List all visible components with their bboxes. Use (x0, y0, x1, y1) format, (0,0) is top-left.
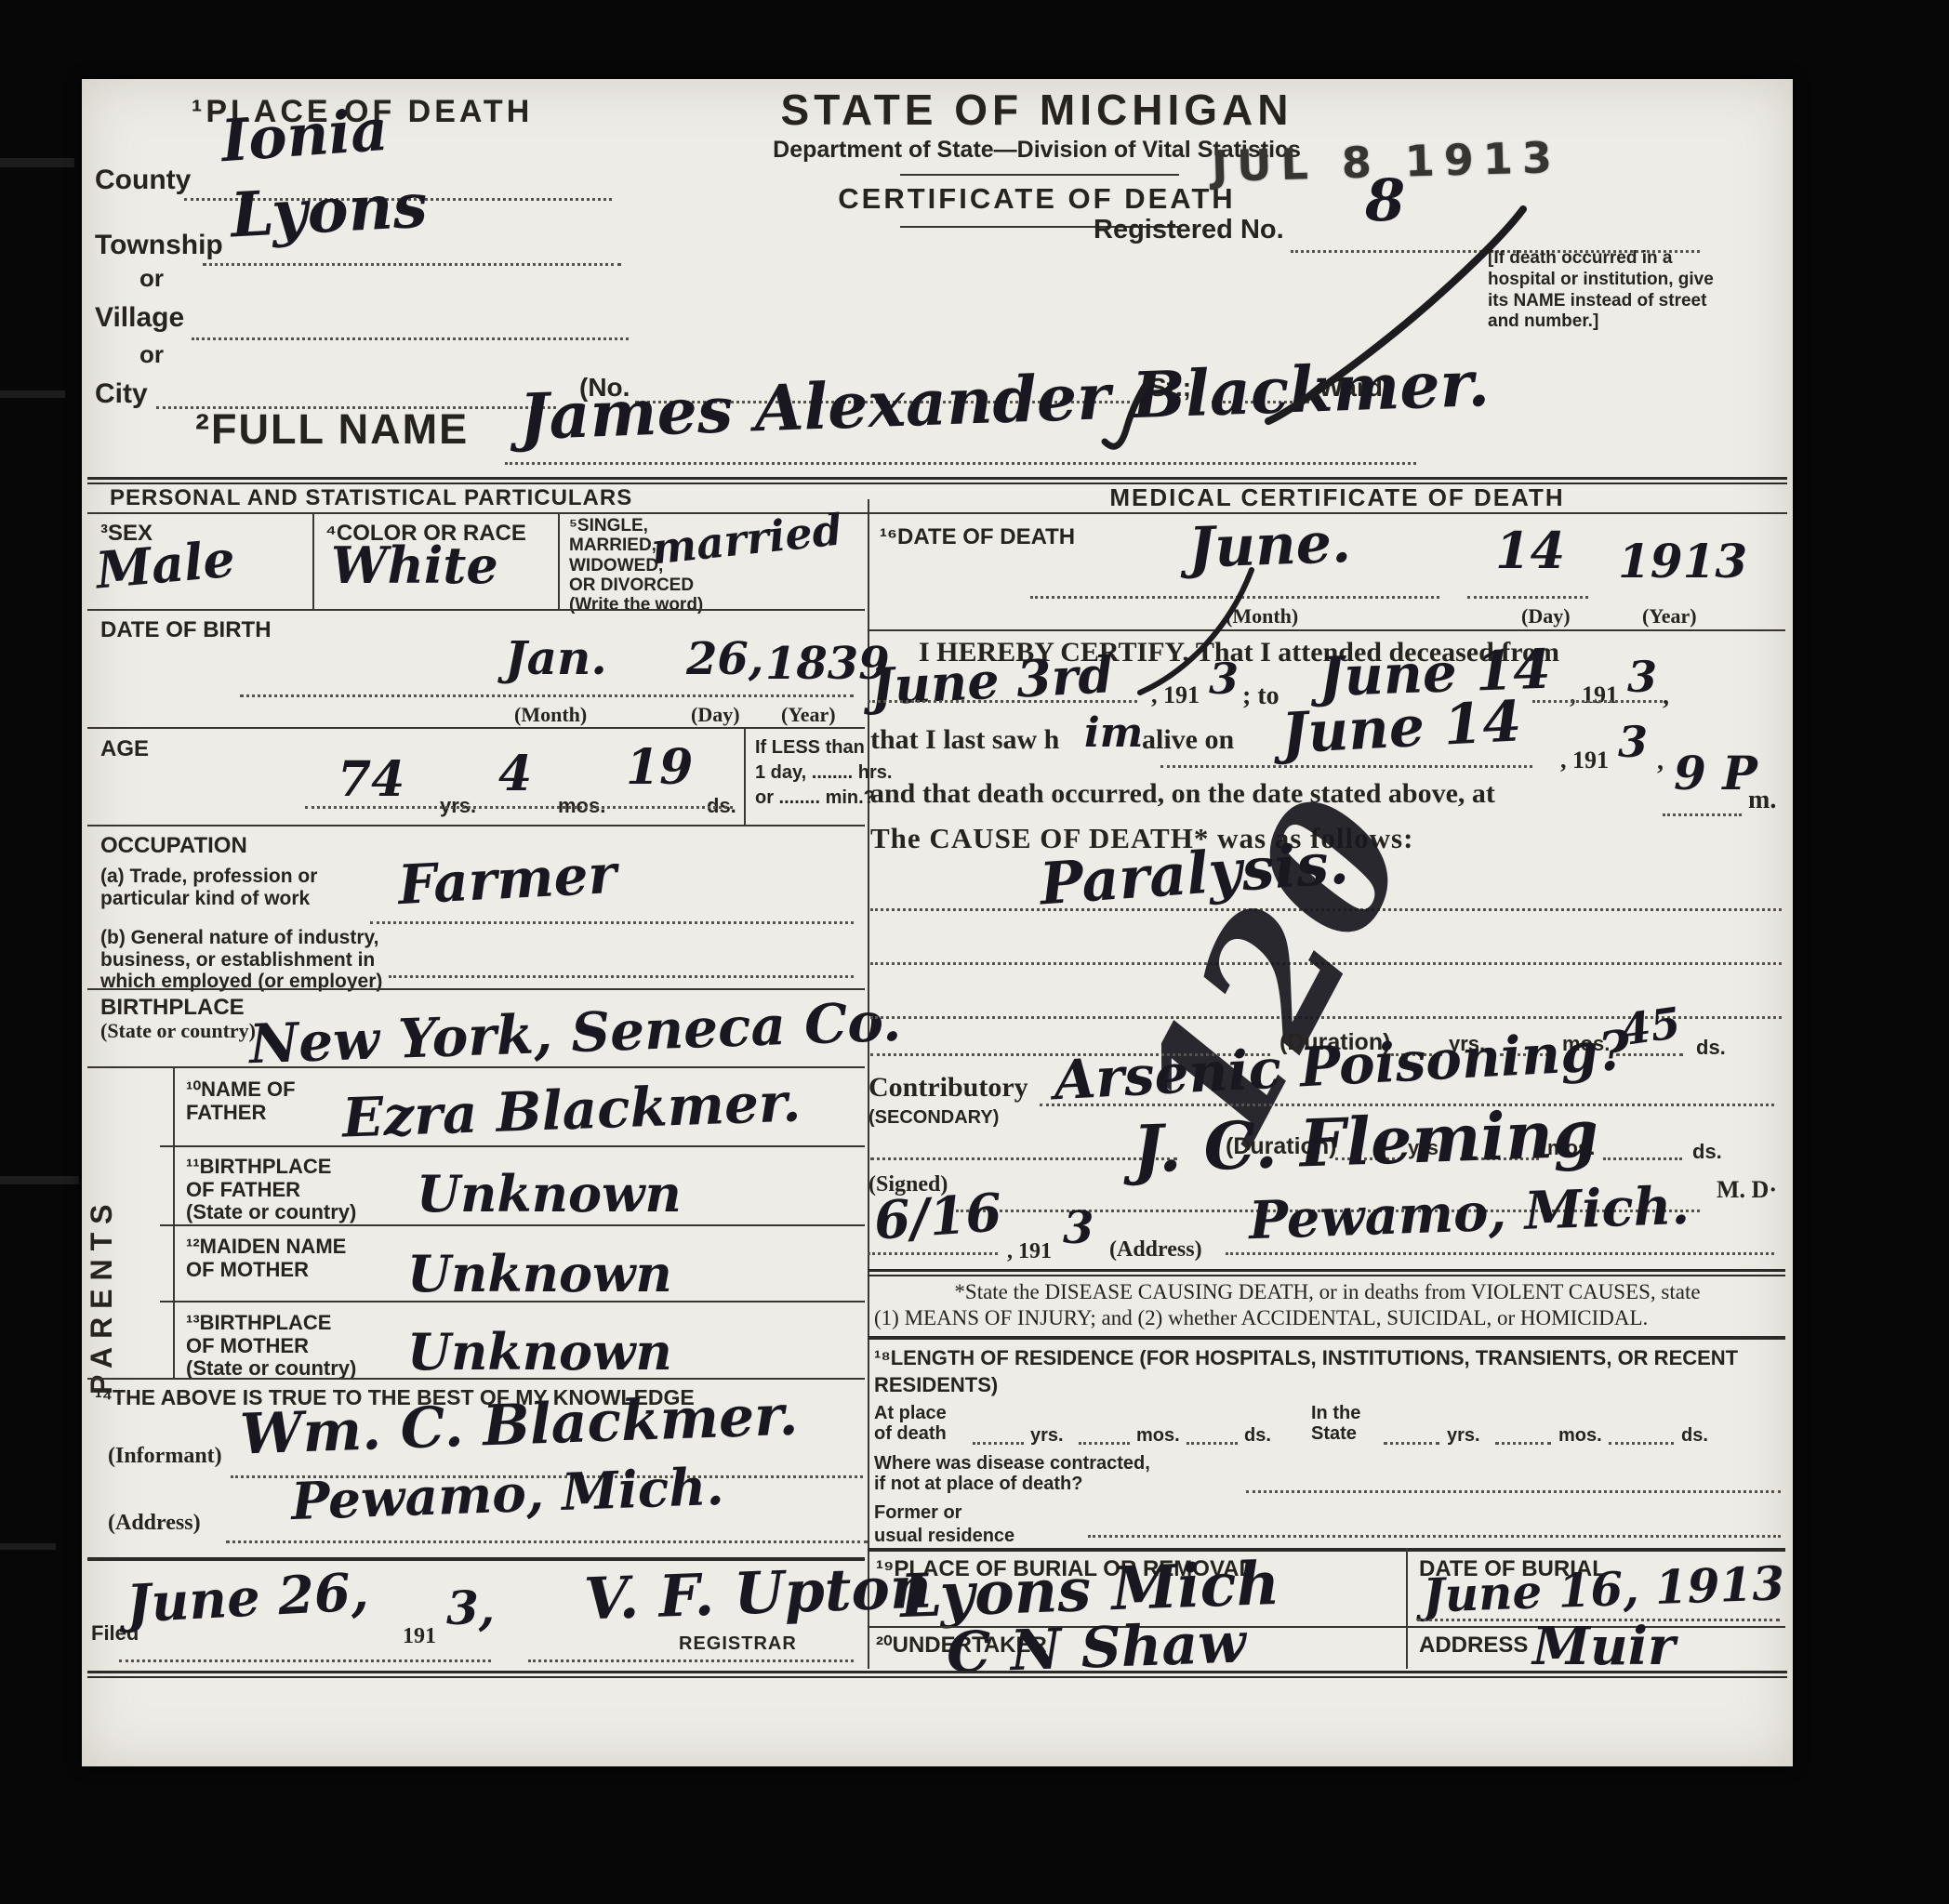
dotted-line (528, 1659, 854, 1662)
year-sublabel: (Year) (781, 704, 836, 727)
parents-vertical-label: PARENTS (86, 1088, 119, 1395)
occupation-label: OCCUPATION (100, 834, 247, 859)
month-sublabel: (Month) (1226, 605, 1298, 628)
dotted-line (1187, 1442, 1238, 1445)
at-place-label: At place of death (874, 1403, 947, 1445)
printed-191: , 191 (1151, 681, 1200, 708)
village-label: Village (95, 302, 184, 334)
printed-comma: , (1657, 747, 1664, 775)
age-days-handwriting: 19 (626, 744, 693, 792)
printed-191: , 191 (1007, 1239, 1052, 1264)
violent-note-line2: (1) MEANS OF INJURY; and (2) whether ACC… (874, 1306, 1781, 1330)
day-sublabel: (Day) (691, 704, 740, 727)
dob-day-handwriting: 26, (686, 637, 764, 681)
dotted-line (1079, 1442, 1130, 1445)
dotted-line (1160, 765, 1532, 768)
dotted-line (1088, 1535, 1781, 1538)
date-of-burial-handwriting: June 16, 1913 (1422, 1560, 1785, 1620)
rule (868, 1336, 1785, 1340)
lastsaw-printed-a: that I last saw h (870, 724, 1059, 756)
age-years-handwriting: 74 (338, 756, 404, 804)
dotted-line (870, 1157, 1177, 1160)
rule (160, 1145, 865, 1147)
rule (87, 512, 1787, 514)
informant-label: (Informant) (108, 1444, 222, 1469)
dotted-line (203, 263, 621, 266)
cell-divider (312, 512, 314, 609)
signed-date-handwriting: 6/16 (872, 1186, 1003, 1247)
birthplace-label: BIRTHPLACE (100, 996, 245, 1021)
bottom-rule (87, 1671, 1787, 1678)
rule (160, 1301, 865, 1302)
mos-unit-label: mos. (1136, 1425, 1180, 1446)
rule (868, 629, 1785, 631)
dotted-line (505, 462, 1416, 465)
informant-value-handwriting: Wm. C. Blackmer. (239, 1388, 799, 1463)
dotted-line (1532, 700, 1663, 703)
occupation-b-label: (b) General nature of industry, business… (100, 927, 382, 993)
dotted-line (1603, 1157, 1682, 1160)
registered-no-label: Registered No. (1094, 215, 1284, 245)
parents-gutter-divider (173, 1066, 175, 1378)
or-label: or (139, 265, 164, 292)
dotted-line (240, 694, 854, 697)
undertaker-address-label: ADDRESS (1419, 1633, 1528, 1659)
occupation-value-handwriting: Farmer (397, 847, 618, 912)
personal-section-title: PERSONAL AND STATISTICAL PARTICULARS (110, 486, 632, 511)
dotted-line (1226, 1252, 1774, 1255)
address-label: (Address) (1109, 1237, 1202, 1263)
mos-unit-label: mos. (1558, 1425, 1602, 1446)
death-year-handwriting: 1913 (1618, 538, 1747, 585)
ds-unit-label: ds. (1244, 1425, 1271, 1446)
medical-section-title: MEDICAL CERTIFICATE OF DEATH (900, 484, 1774, 511)
full-name-label: ²FULL NAME (195, 406, 469, 453)
date-of-death-label: ¹⁶DATE OF DEATH (880, 525, 1075, 550)
in-state-label: In the State (1311, 1403, 1360, 1445)
year-digit-handwriting: 3 (1627, 655, 1657, 698)
ds-unit-label: ds. (1696, 1037, 1726, 1060)
dotted-line (226, 1540, 868, 1543)
informant-address-handwriting: Pewamo, Mich. (290, 1461, 724, 1527)
length-of-residence-title: ¹⁸LENGTH OF RESIDENCE (FOR HOSPITALS, IN… (874, 1345, 1781, 1398)
filed-year-digit-handwriting: 3, (446, 1585, 495, 1632)
month-sublabel: (Month) (514, 704, 587, 727)
scan-streak (0, 390, 65, 398)
filed-date-handwriting: June 26, (126, 1566, 370, 1631)
rule (87, 1066, 865, 1068)
father-name-label: ¹⁰NAME OF FATHER (186, 1078, 296, 1124)
county-value-handwriting: Ionia (219, 101, 390, 170)
printed-comma: , (1663, 681, 1669, 710)
rule (160, 1224, 865, 1226)
dotted-line (1384, 1442, 1439, 1445)
dotted-line (1467, 596, 1588, 599)
death-day-handwriting: 14 (1495, 525, 1565, 575)
filed-year-printed: 191 (403, 1624, 436, 1649)
printed-191: , 191 (1560, 747, 1609, 773)
registered-no-value-handwriting: 8 (1365, 172, 1405, 230)
lastsaw-date-handwriting: June 14 (1280, 694, 1523, 761)
mother-maiden-name-handwriting: Unknown (407, 1249, 672, 1299)
time-of-death-handwriting: 9 P (1674, 750, 1757, 797)
day-sublabel: (Day) (1521, 605, 1571, 628)
date-of-birth-label: DATE OF BIRTH (100, 618, 272, 643)
county-label: County (95, 165, 191, 196)
cell-divider (1406, 1626, 1408, 1669)
rule (87, 825, 865, 826)
scanned-document-background: ¹PLACE OF DEATH County Ionia Township Ly… (0, 0, 1949, 1904)
rule (868, 1548, 1785, 1552)
dob-month-handwriting: Jan. (505, 635, 607, 681)
dotted-line (1609, 1442, 1674, 1445)
scan-streak (0, 158, 74, 167)
birthplace-sublabel: (State or country) (100, 1020, 256, 1043)
physician-address-handwriting: Pewamo, Mich. (1248, 1180, 1690, 1248)
mother-birthplace-handwriting: Unknown (407, 1327, 672, 1377)
dotted-line (370, 921, 854, 924)
scan-streak (0, 1543, 56, 1550)
rule (87, 988, 865, 990)
ds-unit-label: ds. (1692, 1141, 1722, 1164)
full-name-value-handwriting: James Alexander Blackmer. (518, 352, 1491, 449)
certificate-sheet: ¹PLACE OF DEATH County Ionia Township Ly… (82, 79, 1793, 1766)
father-birthplace-label: ¹¹BIRTHPLACE OF FATHER (State or country… (186, 1156, 356, 1224)
city-label: City (95, 378, 148, 410)
death-month-handwriting: June. (1187, 515, 1352, 576)
or-label: or (139, 341, 164, 368)
father-name-handwriting: Ezra Blackmer. (341, 1075, 802, 1144)
violent-note-line1: *State the DISEASE CAUSING DEATH, or in … (874, 1280, 1781, 1304)
dotted-line (119, 1659, 491, 1662)
township-value-handwriting: Lyons (229, 175, 429, 246)
ds-unit-label: ds. (1681, 1425, 1708, 1446)
dotted-line (1663, 813, 1742, 816)
where-contracted-label: Where was disease contracted, if not at … (874, 1453, 1150, 1495)
yrs-unit-label: yrs. (1030, 1425, 1064, 1446)
md-label: M. D· (1717, 1176, 1777, 1203)
printed-191: , 191 (1570, 681, 1618, 708)
dotted-line (868, 1252, 998, 1255)
race-value-handwriting: White (331, 540, 498, 590)
dotted-line (305, 806, 733, 809)
m-label: m. (1748, 786, 1776, 814)
cell-divider (744, 727, 746, 825)
rule (900, 174, 1179, 176)
age-months-handwriting: 4 (498, 750, 532, 799)
year-sublabel: (Year) (1642, 605, 1697, 628)
year-digit-handwriting: 3 (1209, 657, 1239, 700)
rule (87, 727, 865, 729)
dotted-line (1246, 1490, 1781, 1493)
undertaker-address-handwriting: Muir (1532, 1620, 1675, 1673)
dotted-line (1030, 596, 1439, 599)
rule (87, 1378, 865, 1380)
dotted-line (1495, 1442, 1551, 1445)
dotted-line (389, 975, 854, 978)
year-digit-handwriting: 3 (1618, 721, 1648, 763)
registrar-label: REGISTRAR (679, 1633, 797, 1654)
dotted-line (868, 700, 1137, 703)
lastsaw-him-handwriting: im (1084, 713, 1143, 754)
state-title: STATE OF MICHIGAN (679, 86, 1395, 135)
mother-maiden-name-label: ¹²MAIDEN NAME OF MOTHER (186, 1236, 346, 1281)
occupation-a-label: (a) Trade, profession or particular kind… (100, 866, 317, 909)
death-occurred-line: and that death occurred, on the date sta… (870, 778, 1495, 810)
rule (87, 609, 865, 611)
father-birthplace-handwriting: Unknown (417, 1169, 682, 1219)
former-residence-label: Former or usual residence (874, 1501, 1014, 1548)
sex-value-handwriting: Male (94, 534, 237, 596)
informant-address-label: (Address) (108, 1511, 201, 1536)
age-label: AGE (100, 737, 149, 762)
mother-birthplace-label: ¹³BIRTHPLACE OF MOTHER (State or country… (186, 1312, 356, 1381)
year-digit-handwriting: 3 (1063, 1206, 1094, 1250)
scan-streak (0, 1176, 79, 1184)
printed-to: ; to (1242, 681, 1279, 710)
yrs-unit-label: yrs. (1447, 1425, 1480, 1446)
rule (868, 1269, 1785, 1276)
secondary-label: (SECONDARY) (868, 1107, 999, 1128)
physician-signature-handwriting: J. C. Fleming (1132, 1101, 1599, 1182)
hospital-note: [If death occurred in a hospital or inst… (1488, 248, 1716, 333)
dotted-line (973, 1442, 1024, 1445)
lastsaw-printed-b: alive on (1142, 724, 1234, 756)
dotted-line (192, 337, 629, 340)
contributory-label: Contributory (868, 1072, 1028, 1104)
township-label: Township (95, 230, 223, 261)
cell-divider (558, 512, 560, 609)
birthplace-value-handwriting: New York, Seneca Co. (248, 995, 902, 1071)
